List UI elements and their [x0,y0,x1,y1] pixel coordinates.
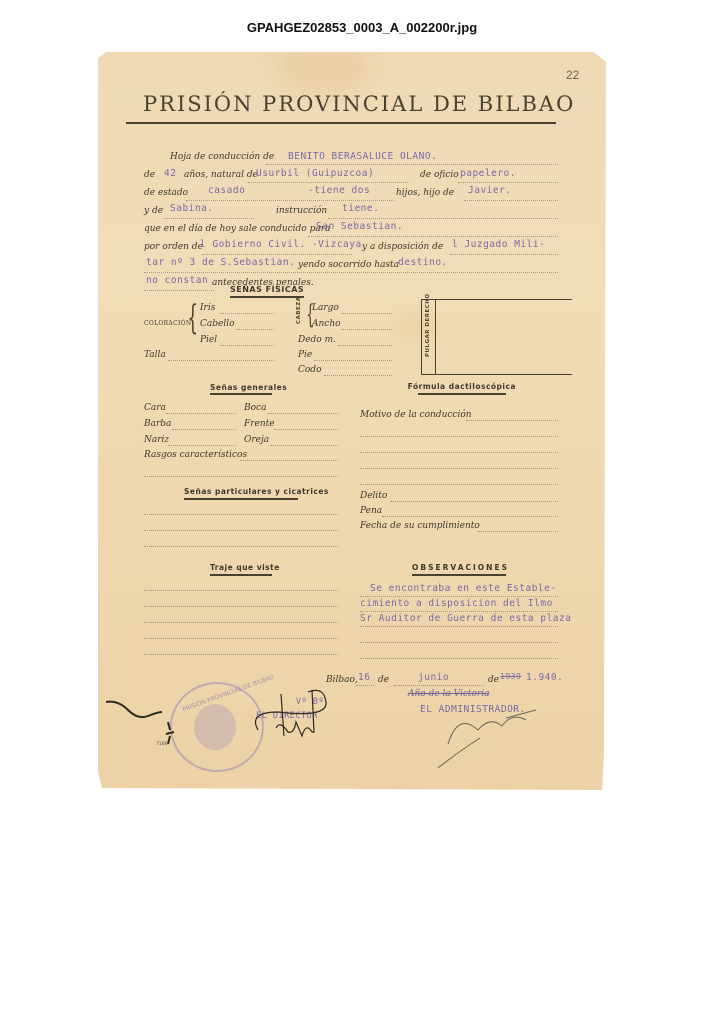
file-name: GPAHGEZ02853_0003_A_002200r.jpg [0,20,724,35]
dedo-label: Dedo m. [298,335,336,345]
field-line [360,642,558,643]
delito-label: Delito [360,491,387,501]
observaciones-line-3: Sr Auditor de Guerra de esta plaza [360,613,571,624]
field-line [274,429,338,430]
signature-icon [98,672,606,792]
pie-label: Pie [298,350,312,360]
field-line [390,501,558,502]
field-line [450,254,558,255]
father-value: Javier. [468,185,512,196]
field-line [342,329,392,330]
field-line [360,452,558,453]
name-value: BENITO BERASALUCE OLANO. [288,151,437,162]
field-line [360,468,558,469]
hijos-count-value: -tiene dos [308,185,370,196]
fecha-cumplimiento-label: Fecha de su cumplimiento [360,521,480,531]
field-line [236,329,274,330]
y-de-label: y de [144,206,163,216]
field-line [144,514,338,515]
socorrido-value: destino. [398,257,448,268]
cara-label: Cara [144,403,166,413]
largo-label: Largo [312,303,339,313]
traje-heading: Traje que viste [210,563,280,572]
fingerprint-box [421,299,572,375]
iris-label: Iris [200,303,215,313]
mother-value: Sabina. [170,203,214,214]
field-line [166,413,236,414]
rasgos-label: Rasgos característicos [144,450,247,460]
field-line [308,236,558,237]
estado-value: casado [208,185,245,196]
field-line [172,429,236,430]
hoja-label: Hoja de conducción de [170,152,274,162]
heading-underline [210,574,272,576]
observaciones-heading: OBSERVACIONES [412,563,509,572]
heading-underline [412,574,506,576]
hijos-label: hijos, hijo de [396,188,454,198]
formula-heading: Fórmula dactiloscópica [408,382,516,391]
cabeza-label: CABEZA [296,297,302,325]
cabello-label: Cabello [200,319,235,329]
field-line [324,375,392,376]
observaciones-line-2: cimiento a disposicion del Ilmo [360,598,553,609]
field-line [360,611,558,612]
title-rule [126,122,556,124]
field-line [266,164,558,165]
conducido-label: que en el día de hoy sale conducido para [144,224,330,234]
field-line [328,218,558,219]
field-line [270,445,338,446]
field-line [144,622,338,623]
document-title: PRISIÓN PROVINCIAL DE BILBAO [143,92,558,116]
field-line [360,436,558,437]
de-label: de [144,170,155,180]
field-line [466,420,558,421]
natural-label: años, natural de [184,170,258,180]
heading-underline [210,393,272,395]
pulgar-derecho-label: PULGAR DERECHO [425,293,431,357]
piel-label: Piel [200,335,217,345]
brace-icon: { [187,301,198,335]
disposicion-value-1: l Juzgado Mili- [452,239,545,250]
field-line [168,445,236,446]
talla-label: Talla [144,350,166,360]
field-line [186,200,394,201]
field-line [220,345,274,346]
orden-label: por orden de [144,242,203,252]
field-line [144,290,214,291]
field-line [458,182,558,183]
field-line [464,200,558,201]
age-value: 42 [164,168,176,179]
orden-value: l Gobierno Civil. -Vizcaya [200,239,362,250]
coloracion-label: COLORACIÓN [144,320,191,327]
instruccion-label: instrucción [276,206,327,216]
frente-label: Frente [244,419,275,429]
field-line [240,460,338,461]
destination-value: San Sebastian. [316,221,403,232]
oficio-value: papelero. [460,168,516,179]
field-line [164,218,254,219]
heading-underline [184,498,298,500]
stain [278,42,368,92]
field-line [314,360,392,361]
codo-label: Codo [298,365,321,375]
field-line [144,654,338,655]
field-line [268,413,338,414]
disposicion-label: y a disposición de [362,242,443,252]
motivo-label: Motivo de la conducción [360,410,472,420]
field-line [144,476,338,477]
observaciones-line-1: Se encontraba en este Estable- [370,583,557,594]
field-line [144,530,338,531]
field-line [360,658,558,659]
antecedentes-value: no constan [146,275,208,286]
page-number: 22 [566,68,579,82]
field-line [144,272,558,273]
senas-generales-heading: Señas generales [210,383,287,392]
field-line [168,360,274,361]
field-line [382,516,558,517]
field-line [338,345,392,346]
senas-fisicas-heading: SEÑAS FÍSICAS [230,285,304,294]
field-line [248,182,408,183]
pena-label: Pena [360,506,382,516]
birthplace-value: Usurbil (Guipuzcoa) [256,168,374,179]
disposicion-value-2: tar nº 3 de S.Sebastian. [146,257,295,268]
oficio-label: de oficio [420,170,459,180]
field-line [144,606,338,607]
estado-label: de estado [144,188,188,198]
ancho-label: Ancho [312,319,341,329]
socorrido-label: yendo socorrido hasta [298,260,399,270]
nariz-label: Nariz [144,435,169,445]
field-line [220,313,274,314]
boca-label: Boca [244,403,266,413]
instruccion-value: tiene. [342,203,379,214]
fingerprint-divider [435,299,436,374]
field-line [144,546,338,547]
field-line [202,254,352,255]
field-line [360,484,558,485]
field-line [144,638,338,639]
field-line [478,531,558,532]
senas-particulares-heading: Señas particulares y cicatrices [184,487,329,496]
heading-underline [230,296,304,298]
oreja-label: Oreja [244,435,269,445]
document-page: 22 PRISIÓN PROVINCIAL DE BILBAO Hoja de … [98,52,606,790]
field-line [360,596,558,597]
heading-underline [418,393,506,395]
field-line [144,590,338,591]
field-line [342,313,392,314]
field-line [360,626,558,627]
barba-label: Barba [144,419,171,429]
